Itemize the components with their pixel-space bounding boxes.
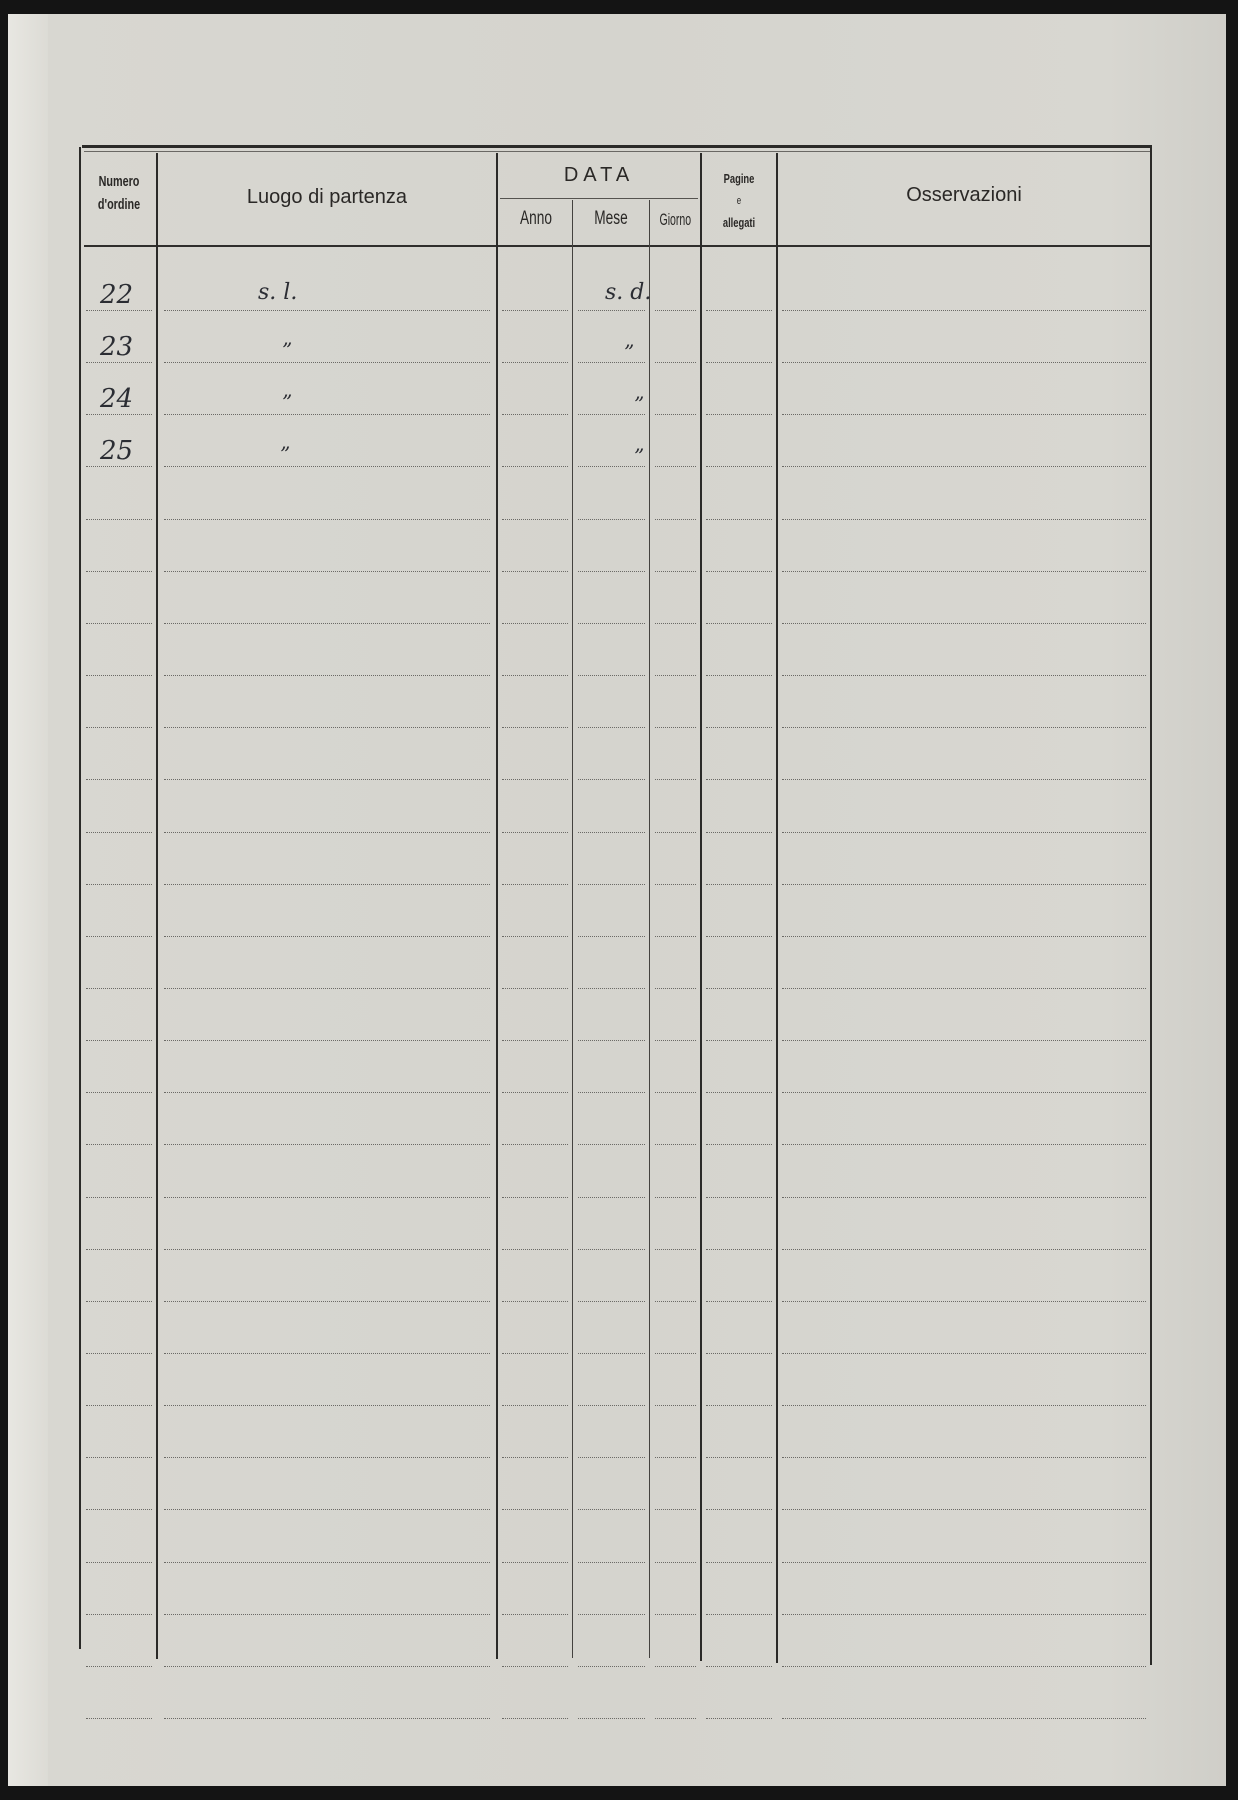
row-rule <box>782 571 1146 572</box>
row-rule <box>655 1509 696 1510</box>
row-rule <box>86 1666 152 1667</box>
row-rule <box>782 988 1146 989</box>
header-mese-label: Mese <box>584 208 639 230</box>
row-rule <box>578 1457 645 1458</box>
row-rule <box>578 1144 645 1145</box>
header-mese: Mese <box>573 208 649 230</box>
header-pagine-line2: e <box>712 190 765 212</box>
row-rule <box>578 362 645 363</box>
row-rule <box>502 1092 568 1093</box>
row-rule <box>164 1666 490 1667</box>
row-rule <box>782 675 1146 676</box>
entry-22-luogo: s. l. <box>258 280 297 305</box>
row-rule <box>578 1562 645 1563</box>
row-rule <box>502 936 568 937</box>
header-giorno-label: Giorno <box>660 210 691 230</box>
row-rule <box>655 884 696 885</box>
row-rule <box>164 1614 490 1615</box>
row-rule <box>655 675 696 676</box>
row-rule <box>782 936 1146 937</box>
row-rule <box>502 1197 568 1198</box>
row-rule <box>578 1718 645 1719</box>
col-divider-pagine <box>776 153 778 1663</box>
row-rule <box>86 1562 152 1563</box>
entry-22-mese: s. d. <box>605 280 651 305</box>
row-rule <box>782 779 1146 780</box>
row-rule <box>782 1301 1146 1302</box>
row-rule <box>782 884 1146 885</box>
row-rule <box>782 1144 1146 1145</box>
header-pagine: Pagine e allegati <box>702 168 776 234</box>
col-divider-mese <box>649 200 650 1658</box>
header-pagine-line3: allegati <box>712 212 765 234</box>
table-top-rule-thin <box>84 151 1150 152</box>
row-rule <box>578 675 645 676</box>
row-rule <box>578 1092 645 1093</box>
header-luogo: Luogo di partenza <box>158 186 496 209</box>
row-rule <box>706 988 772 989</box>
row-rule <box>86 884 152 885</box>
col-divider-luogo <box>496 153 498 1659</box>
row-rule <box>782 310 1146 311</box>
entry-23-luogo: ” <box>282 338 292 362</box>
row-rule <box>578 1614 645 1615</box>
row-rule <box>164 832 490 833</box>
row-rule <box>164 623 490 624</box>
header-numero-line1: Numero <box>92 170 145 193</box>
row-rule <box>86 466 152 467</box>
row-rule <box>782 1249 1146 1250</box>
row-rule <box>655 1718 696 1719</box>
row-rule <box>578 1301 645 1302</box>
row-rule <box>578 1405 645 1406</box>
row-rule <box>706 936 772 937</box>
row-rule <box>782 623 1146 624</box>
row-rule <box>502 1457 568 1458</box>
row-rule <box>86 623 152 624</box>
row-rule <box>655 1562 696 1563</box>
row-rule <box>655 936 696 937</box>
row-rule <box>502 884 568 885</box>
row-rule <box>86 571 152 572</box>
row-rule <box>578 936 645 937</box>
row-rule <box>706 1405 772 1406</box>
row-rule <box>706 1718 772 1719</box>
row-rule <box>655 1249 696 1250</box>
row-rule <box>86 1092 152 1093</box>
row-rule <box>782 1092 1146 1093</box>
row-rule <box>502 1666 568 1667</box>
row-rule <box>655 623 696 624</box>
row-rule <box>164 571 490 572</box>
row-rule <box>655 571 696 572</box>
row-rule <box>782 832 1146 833</box>
entry-23-mese: ” <box>624 340 634 364</box>
row-rule <box>655 362 696 363</box>
row-rule <box>706 623 772 624</box>
row-rule <box>706 571 772 572</box>
row-rule <box>578 1040 645 1041</box>
row-rule <box>782 1353 1146 1354</box>
row-rule <box>655 414 696 415</box>
row-rule <box>706 310 772 311</box>
row-rule <box>706 1040 772 1041</box>
entry-23-numero: 23 <box>100 332 133 362</box>
header-giorno: Giorno <box>650 210 700 230</box>
row-rule <box>164 1197 490 1198</box>
header-anno-label: Anno <box>510 208 562 230</box>
row-rule <box>86 832 152 833</box>
row-rule <box>86 1405 152 1406</box>
row-rule <box>86 1509 152 1510</box>
row-rule <box>502 362 568 363</box>
row-rule <box>86 675 152 676</box>
row-rule <box>655 1666 696 1667</box>
row-rule <box>164 466 490 467</box>
row-rule <box>578 884 645 885</box>
row-rule <box>782 519 1146 520</box>
row-rule <box>578 1249 645 1250</box>
row-rule <box>706 832 772 833</box>
row-rule <box>164 310 490 311</box>
row-rule <box>782 1405 1146 1406</box>
row-rule <box>502 1353 568 1354</box>
row-rule <box>164 1301 490 1302</box>
entry-22-numero: 22 <box>100 280 133 310</box>
col-divider-giorno <box>700 153 702 1661</box>
row-rule <box>164 936 490 937</box>
row-rule <box>655 988 696 989</box>
row-rule <box>782 1666 1146 1667</box>
header-numero-line2: d'ordine <box>92 193 145 216</box>
row-rule <box>782 1040 1146 1041</box>
row-rule <box>706 1509 772 1510</box>
row-rule <box>164 1092 490 1093</box>
row-rule <box>578 727 645 728</box>
row-rule <box>86 1457 152 1458</box>
row-rule <box>782 414 1146 415</box>
row-rule <box>706 1144 772 1145</box>
row-rule <box>782 1562 1146 1563</box>
row-rule <box>578 988 645 989</box>
row-rule <box>578 1353 645 1354</box>
row-rule <box>502 310 568 311</box>
row-rule <box>164 675 490 676</box>
row-rule <box>164 1249 490 1250</box>
row-rule <box>578 1666 645 1667</box>
row-rule <box>502 1718 568 1719</box>
header-numero: Numero d'ordine <box>82 170 156 216</box>
row-rule <box>86 1614 152 1615</box>
row-rule <box>502 1405 568 1406</box>
row-rule <box>706 466 772 467</box>
row-rule <box>655 466 696 467</box>
row-rule <box>164 519 490 520</box>
row-rule <box>164 414 490 415</box>
row-rule <box>164 1353 490 1354</box>
row-rule <box>86 1040 152 1041</box>
row-rule <box>655 1197 696 1198</box>
row-rule <box>502 1614 568 1615</box>
entry-25-numero: 25 <box>100 436 133 466</box>
row-rule <box>655 1405 696 1406</box>
row-rule <box>706 884 772 885</box>
row-rule <box>655 1144 696 1145</box>
row-rule <box>502 779 568 780</box>
row-rule <box>782 1718 1146 1719</box>
row-rule <box>655 519 696 520</box>
row-rule <box>502 727 568 728</box>
col-divider-numero <box>156 153 158 1659</box>
table-left-border <box>79 147 81 1649</box>
row-rule <box>706 519 772 520</box>
row-rule <box>578 571 645 572</box>
row-rule <box>502 1509 568 1510</box>
row-rule <box>502 1249 568 1250</box>
row-rule <box>502 988 568 989</box>
row-rule <box>502 623 568 624</box>
row-rule <box>164 779 490 780</box>
row-rule <box>782 1457 1146 1458</box>
row-rule <box>782 1197 1146 1198</box>
row-rule <box>86 936 152 937</box>
row-rule <box>86 362 152 363</box>
row-rule <box>86 1144 152 1145</box>
row-rule <box>86 310 152 311</box>
row-rule <box>502 1040 568 1041</box>
row-rule <box>706 1092 772 1093</box>
row-rule <box>578 519 645 520</box>
row-rule <box>706 1457 772 1458</box>
row-rule <box>782 1509 1146 1510</box>
entry-25-luogo: ” <box>280 442 290 466</box>
row-rule <box>706 1666 772 1667</box>
row-rule <box>86 519 152 520</box>
row-rule <box>164 1405 490 1406</box>
row-rule <box>164 1562 490 1563</box>
entry-24-numero: 24 <box>100 384 133 414</box>
row-rule <box>502 675 568 676</box>
entry-25-mese: ” <box>634 444 644 468</box>
row-rule <box>86 1718 152 1719</box>
row-rule <box>164 1718 490 1719</box>
row-rule <box>706 1353 772 1354</box>
row-rule <box>164 362 490 363</box>
row-rule <box>782 466 1146 467</box>
row-rule <box>164 988 490 989</box>
row-rule <box>164 727 490 728</box>
row-rule <box>86 727 152 728</box>
row-rule <box>578 1197 645 1198</box>
header-data: DATA <box>500 164 698 187</box>
row-rule <box>502 1301 568 1302</box>
row-rule <box>578 623 645 624</box>
row-rule <box>706 414 772 415</box>
header-osservazioni: Osservazioni <box>778 184 1150 207</box>
col-divider-anno <box>572 200 573 1658</box>
row-rule <box>578 310 645 311</box>
row-rule <box>706 1197 772 1198</box>
row-rule <box>706 675 772 676</box>
row-rule <box>706 1301 772 1302</box>
row-rule <box>655 1040 696 1041</box>
row-rule <box>782 727 1146 728</box>
row-rule <box>164 1040 490 1041</box>
row-rule <box>706 727 772 728</box>
row-rule <box>706 1614 772 1615</box>
row-rule <box>502 1562 568 1563</box>
table-right-border <box>1150 147 1152 1665</box>
row-rule <box>782 1614 1146 1615</box>
row-rule <box>164 884 490 885</box>
table-top-rule <box>82 145 1152 148</box>
header-pagine-line1: Pagine <box>712 168 765 190</box>
row-rule <box>706 1562 772 1563</box>
row-rule <box>164 1509 490 1510</box>
row-rule <box>164 1457 490 1458</box>
row-rule <box>706 1249 772 1250</box>
row-rule <box>502 414 568 415</box>
row-rule <box>655 779 696 780</box>
row-rule <box>655 1353 696 1354</box>
row-rule <box>655 310 696 311</box>
row-rule <box>578 832 645 833</box>
row-rule <box>86 988 152 989</box>
row-rule <box>655 1614 696 1615</box>
row-rule <box>655 727 696 728</box>
row-rule <box>86 1249 152 1250</box>
header-anno: Anno <box>500 208 572 230</box>
paper-fold-edge <box>8 14 48 1786</box>
row-rule <box>86 414 152 415</box>
row-rule <box>706 779 772 780</box>
row-rule <box>655 1457 696 1458</box>
data-subheader-rule <box>500 198 698 199</box>
row-rule <box>706 362 772 363</box>
row-rule <box>86 1197 152 1198</box>
row-rule <box>502 571 568 572</box>
row-rule <box>164 1144 490 1145</box>
row-rule <box>502 1144 568 1145</box>
row-rule <box>655 832 696 833</box>
row-rule <box>86 1353 152 1354</box>
row-rule <box>86 779 152 780</box>
row-rule <box>655 1301 696 1302</box>
row-rule <box>782 362 1146 363</box>
entry-24-luogo: ” <box>282 390 292 414</box>
row-rule <box>578 1509 645 1510</box>
entry-24-mese: ” <box>634 392 644 416</box>
row-rule <box>502 466 568 467</box>
row-rule <box>502 519 568 520</box>
row-rule <box>578 779 645 780</box>
row-rule <box>655 1092 696 1093</box>
header-bottom-rule <box>84 245 1150 247</box>
row-rule <box>86 1301 152 1302</box>
row-rule <box>502 832 568 833</box>
